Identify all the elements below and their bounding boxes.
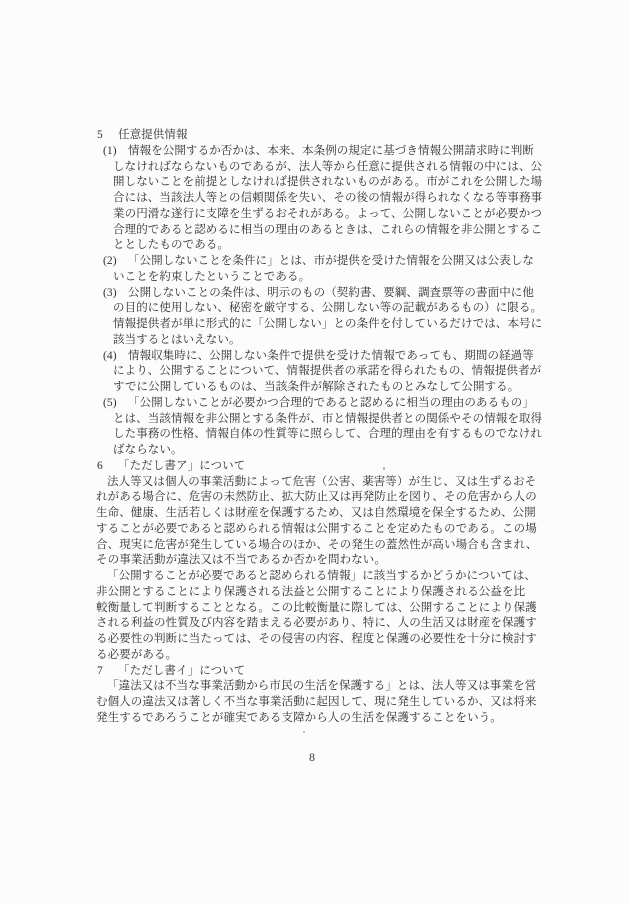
section-6-paragraph-2-line: る必要がある。 — [96, 648, 566, 664]
section-7-heading: 7「ただし書イ」について — [97, 664, 566, 680]
item-1-line: (1)情報を公開するか否かは、本来、本条例の規定に基づき情報公開請求時に判断 — [103, 144, 566, 160]
item-marker: (4) — [103, 349, 128, 365]
item-5-line: ばならない。 — [113, 443, 566, 459]
section-6-paragraph-1-line: 生命、健康、生活若しくは財産を保護するため、又は自然環境を保全するため、公開 — [96, 506, 566, 522]
page-number: 8 — [96, 750, 528, 765]
section-7-paragraph-line: 「違法又は不当な事業活動から市民の生活を保護する」とは、法人等又は事業を営 — [107, 679, 566, 695]
scanned-document-page: 5任意提供情報 (1)情報を公開するか否かは、本来、本条例の規定に基づき情報公開… — [0, 0, 630, 903]
item-3-line: 情報提供者が単に形式的に「公開しない」との条件を付しているだけでは、本号に — [113, 317, 566, 333]
item-3-line: の目的に使用しない、秘密を厳守する、公開しない等の記載があるもの）に限る。 — [113, 301, 566, 317]
item-2-line: いことを約束したということである。 — [113, 270, 566, 286]
item-marker: (1) — [103, 144, 128, 160]
section-6-paragraph-2-line: 較衡量して判断することとなる。この比較衡量に際しては、公開することにより保護 — [96, 601, 566, 617]
item-3-line: 該当するとはいえない。 — [113, 333, 566, 349]
item-1-line: 合には、当該法人等との信頼関係を失い、その後の情報が得られなくなる等事務事 — [113, 191, 566, 207]
item-5-line: とは、当該情報を非公開とする条件が、市と情報提供者との関係やその情報を取得 — [113, 412, 566, 428]
item-4-line: により、公開することについて、情報提供者の承諾を得られたもの、情報提供者が — [113, 364, 566, 380]
section-7-paragraph-line: 発生するであろうことが確実である支障から人の生活を保護することをいう。 — [96, 711, 566, 727]
item-marker: (3) — [103, 286, 128, 302]
item-1-line: ととしたものである。 — [113, 238, 566, 254]
section-title: 「ただし書ア」について — [118, 460, 245, 472]
item-4-line: すでに公開しているものは、当該条件が解除されたものとみなして公開する。 — [113, 380, 566, 396]
section-6-paragraph-2-line: る必要性の判断に当たっては、その侵害の内容、程度と保護の必要性を十分に検討す — [96, 632, 566, 648]
section-6-paragraph-2-line: 「公開することが必要であると認められる情報」に該当するかどうかについては、 — [107, 569, 566, 585]
scan-speck — [383, 467, 385, 470]
section-7-paragraph-line: む個人の違法又は著しく不当な事業活動に起因して、現に発生しているか、又は将来 — [96, 695, 566, 711]
section-6-paragraph-2-line: される利益の性質及び内容を踏まえる必要があり、特に、人の生活又は財産を保護す — [96, 616, 566, 632]
item-4-line: (4)情報収集時に、公開しない条件で提供を受けた情報であっても、期間の経過等 — [103, 349, 566, 365]
section-6-paragraph-2-line: 非公開とすることにより保護される法益と公開することにより保護される公益を比 — [96, 585, 566, 601]
text-line: 公開しないことの条件は、明示のもの（契約書、要綱、調査票等の書面中に他 — [128, 287, 534, 299]
item-1-line: しなければならないものであるが、法人等から任意に提供される情報の中には、公 — [113, 160, 566, 176]
section-6-paragraph-1-line: その事業活動が違法又は不当であるか否かを問わない。 — [96, 553, 566, 569]
text-line: 情報を公開するか否かは、本来、本条例の規定に基づき情報公開請求時に判断 — [128, 145, 534, 157]
section-6-paragraph-1-line: することが必要であると認められる情報は公開することを定めたものである。この場 — [96, 522, 566, 538]
section-6-paragraph-1-line: 法人等又は個人の事業活動によって危害（公害、薬害等）が生じ、又は生ずるおそ — [107, 475, 566, 491]
text-line: 情報収集時に、公開しない条件で提供を受けた情報であっても、期間の経過等 — [128, 350, 534, 362]
section-6-heading: 6「ただし書ア」について — [97, 459, 566, 475]
section-number: 6 — [97, 459, 118, 475]
item-5-line: (5)「公開しないことが必要かつ合理的であると認めるに相当の理由のあるもの」 — [103, 396, 566, 412]
item-marker: (5) — [103, 396, 128, 412]
section-title: 任意提供情報 — [118, 129, 188, 141]
item-3-line: (3)公開しないことの条件は、明示のもの（契約書、要綱、調査票等の書面中に他 — [103, 286, 566, 302]
section-title: 「ただし書イ」について — [118, 665, 245, 677]
item-1-line: 合理的であると認めるに相当の理由のあるときは、これらの情報を非公開とするこ — [113, 223, 566, 239]
text-line: 「公開しないことを条件に」とは、市が提供を受けた情報を公開又は公表しな — [128, 255, 534, 267]
item-1-line: 業の円滑な遂行に支障を生ずるおそれがある。よって、公開しないことが必要かつ — [113, 207, 566, 223]
section-5-heading: 5任意提供情報 — [97, 128, 566, 144]
section-number: 5 — [97, 128, 118, 144]
scan-speck — [303, 731, 305, 733]
item-5-line: した事務の性格、情報自体の性質等に照らして、合理的理由を有するものでなけれ — [113, 427, 566, 443]
text-line: 「公開しないことが必要かつ合理的であると認めるに相当の理由のあるもの」 — [128, 397, 534, 409]
document-text-block: 5任意提供情報 (1)情報を公開するか否かは、本来、本条例の規定に基づき情報公開… — [96, 128, 566, 727]
section-number: 7 — [97, 664, 118, 680]
item-marker: (2) — [103, 254, 128, 270]
item-2-line: (2)「公開しないことを条件に」とは、市が提供を受けた情報を公開又は公表しな — [103, 254, 566, 270]
section-6-paragraph-1-line: れがある場合に、危害の未然防止、拡大防止又は再発防止を図り、その危害から人の — [96, 490, 566, 506]
item-1-line: 開しないことを前提としなければ提供されないものがある。市がこれを公開した場 — [113, 175, 566, 191]
section-6-paragraph-1-line: 合、現実に危害が発生している場合のほか、その発生の蓋然性が高い場合も含まれ、 — [96, 538, 566, 554]
